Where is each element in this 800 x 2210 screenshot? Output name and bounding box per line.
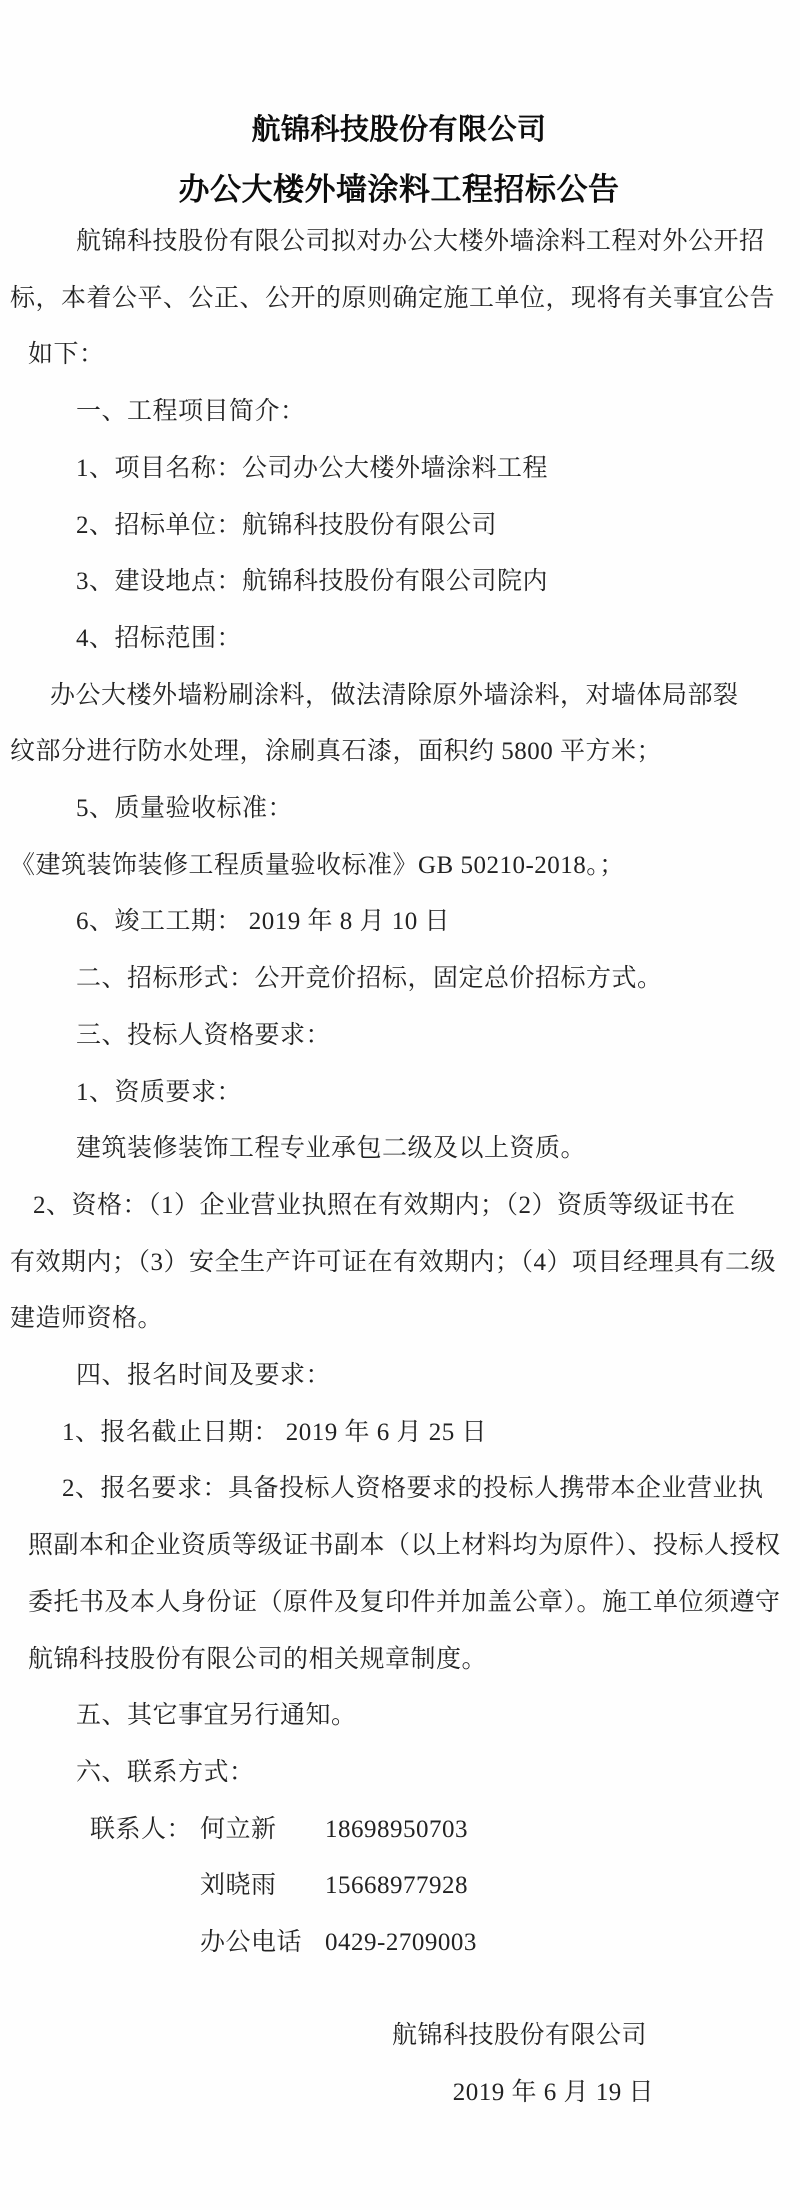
body-line: 二、招标形式：公开竞价招标，固定总价招标方式。 (10, 951, 788, 1008)
body-line: 一、工程项目简介： (10, 384, 788, 441)
body-line: 纹部分进行防水处理，涂刷真石漆，面积约 5800 平方米； (10, 724, 788, 781)
body-line: 1、项目名称：公司办公大楼外墙涂料工程 (10, 441, 788, 498)
body-line: 2、招标单位：航锦科技股份有限公司 (10, 498, 788, 555)
contact-row: 联系人：何立新18698950703 (10, 1802, 788, 1859)
body-line: 六、联系方式： (10, 1745, 788, 1802)
body-line: 委托书及本人身份证（原件及复印件并加盖公章）。施工单位须遵守 (10, 1575, 788, 1632)
body-line: 2、资格：（1）企业营业执照在有效期内；（2）资质等级证书在 (10, 1178, 788, 1235)
contact-label (90, 1858, 200, 1915)
contact-phone: 15668977928 (325, 1858, 468, 1915)
signature-date: 2019 年 6 月 19 日 (10, 2065, 788, 2122)
document-title: 航锦科技股份有限公司 (10, 100, 788, 160)
body-line: 照副本和企业资质等级证书副本（以上材料均为原件）、投标人授权 (10, 1518, 788, 1575)
contact-phone: 0429-2709003 (325, 1915, 477, 1972)
contact-row: 办公电话0429-2709003 (10, 1915, 788, 1972)
contact-name: 刘晓雨 (200, 1858, 325, 1915)
signature-block: 航锦科技股份有限公司 2019 年 6 月 19 日 (10, 2008, 788, 2121)
body-line: 标，本着公平、公正、公开的原则确定施工单位，现将有关事宜公告 (10, 271, 788, 328)
body-line: 1、资质要求： (10, 1065, 788, 1122)
body-line: 5、质量验收标准： (10, 781, 788, 838)
body-line: 《建筑装饰装修工程质量验收标准》GB 50210-2018。； (10, 838, 788, 895)
body-line: 航锦科技股份有限公司的相关规章制度。 (10, 1632, 788, 1689)
contact-name: 办公电话 (200, 1915, 325, 1972)
contact-row: 刘晓雨15668977928 (10, 1858, 788, 1915)
contact-label: 联系人： (90, 1802, 200, 1859)
contact-name: 何立新 (200, 1802, 325, 1859)
body-line: 建筑装修装饰工程专业承包二级及以上资质。 (10, 1121, 788, 1178)
body-line: 4、招标范围： (10, 611, 788, 668)
body-line: 三、投标人资格要求： (10, 1008, 788, 1065)
document-subtitle: 办公大楼外墙涂料工程招标公告 (10, 160, 788, 220)
body-line: 2、报名要求：具备投标人资格要求的投标人携带本企业营业执 (10, 1461, 788, 1518)
body-line: 四、报名时间及要求： (10, 1348, 788, 1405)
contact-phone: 18698950703 (325, 1802, 468, 1859)
body-line: 如下： (10, 327, 788, 384)
signature-company: 航锦科技股份有限公司 (10, 2008, 788, 2065)
body-line: 有效期内；（3）安全生产许可证在有效期内；（4）项目经理具有二级 (10, 1235, 788, 1292)
contact-label (90, 1915, 200, 1972)
body-line: 建造师资格。 (10, 1291, 788, 1348)
body-line: 五、其它事宜另行通知。 (10, 1688, 788, 1745)
body-line: 1、报名截止日期： 2019 年 6 月 25 日 (10, 1405, 788, 1462)
body-lines: 航锦科技股份有限公司拟对办公大楼外墙涂料工程对外公开招标，本着公平、公正、公开的… (10, 214, 788, 1802)
body-line: 3、建设地点：航锦科技股份有限公司院内 (10, 554, 788, 611)
contact-rows: 联系人：何立新18698950703刘晓雨15668977928办公电话0429… (10, 1802, 788, 1972)
body-line: 办公大楼外墙粉刷涂料，做法清除原外墙涂料，对墙体局部裂 (10, 668, 788, 725)
document-page: 航锦科技股份有限公司 办公大楼外墙涂料工程招标公告 航锦科技股份有限公司拟对办公… (0, 0, 800, 2210)
body-line: 6、竣工工期： 2019 年 8 月 10 日 (10, 894, 788, 951)
body-line: 航锦科技股份有限公司拟对办公大楼外墙涂料工程对外公开招 (10, 214, 788, 271)
